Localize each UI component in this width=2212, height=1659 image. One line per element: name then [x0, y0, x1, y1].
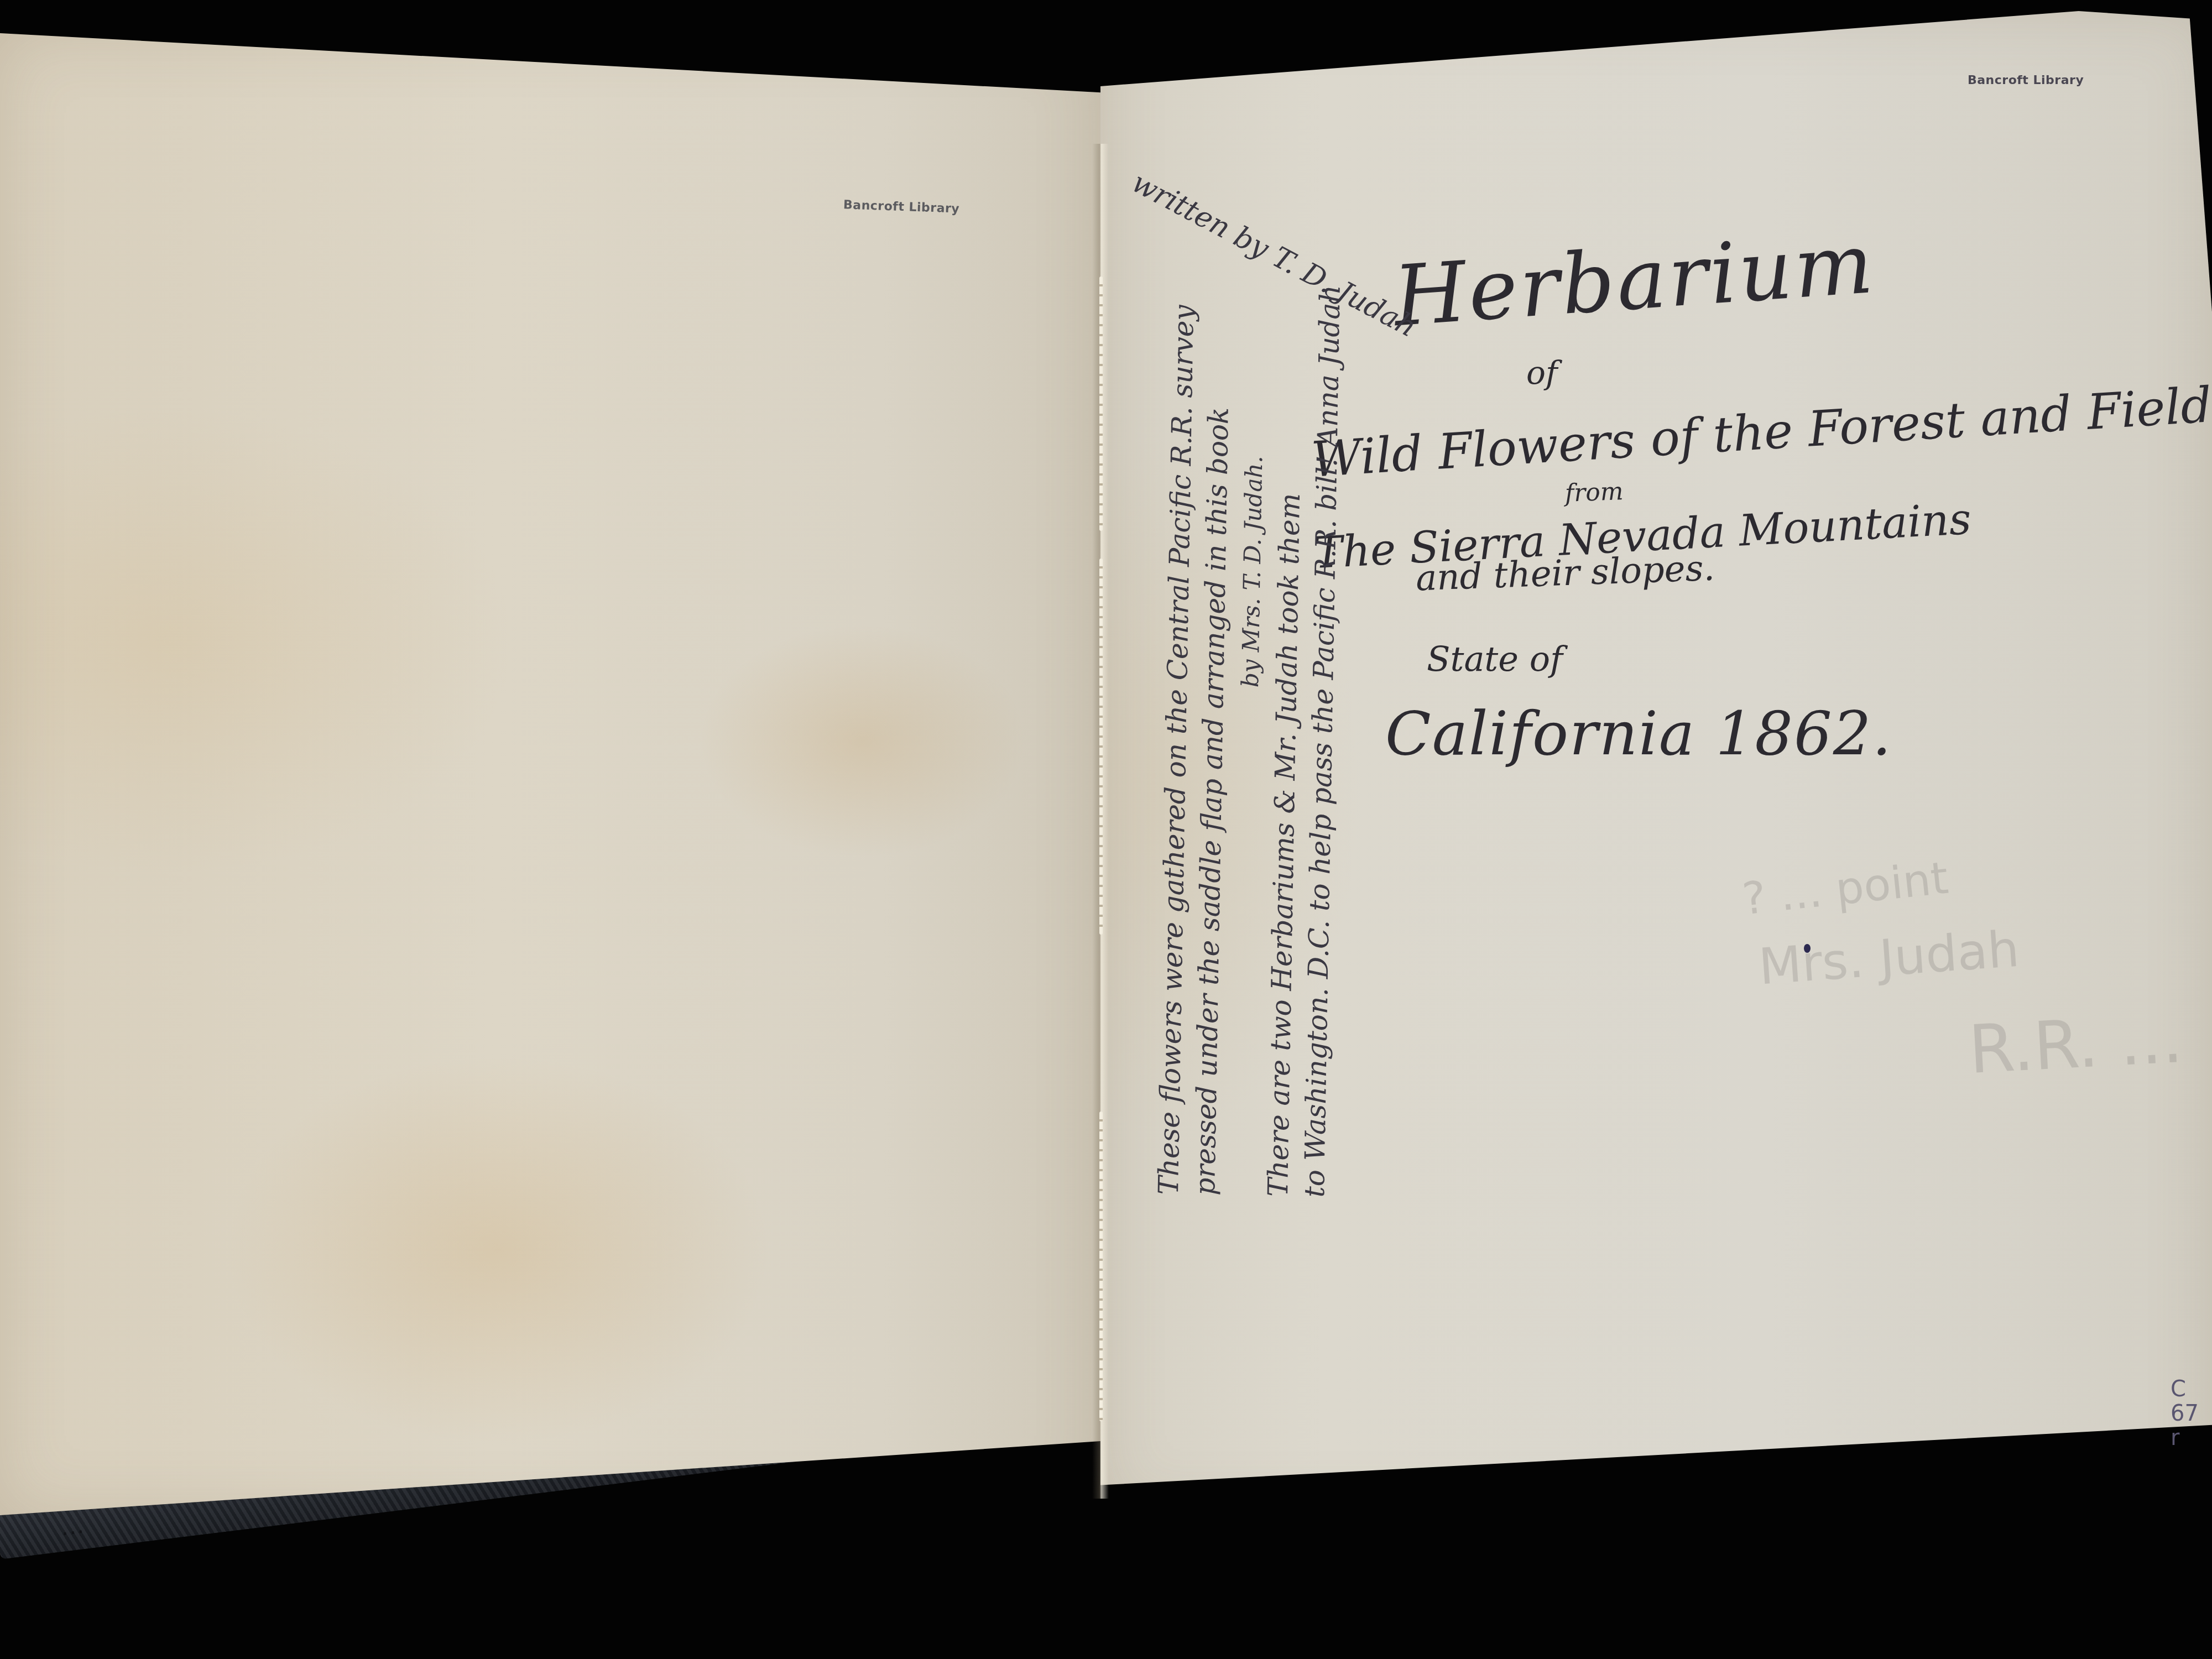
- call-number-line: r: [2171, 1426, 2209, 1450]
- marginal-note: These flowers were gathered on the Centr…: [1150, 282, 1349, 1198]
- left-page: [0, 33, 1100, 1515]
- ink-dot: [1804, 944, 1811, 953]
- title-of: of: [1526, 354, 1557, 392]
- binding-stitch: [1099, 276, 1103, 531]
- library-stamp-right: Bancroft Library: [1968, 74, 2084, 87]
- title-from: from: [1564, 477, 1624, 508]
- call-number-line: C: [2171, 1377, 2209, 1401]
- binding-stitch: [1099, 559, 1103, 935]
- title-state-of: State of: [1427, 639, 1563, 679]
- cover-spine-label: ...: [59, 1511, 86, 1542]
- pencil-mark: R.R. ...: [1967, 1001, 2185, 1089]
- call-number-line: 67: [2171, 1401, 2209, 1426]
- book-photo: ... Bancroft Library Bancroft Library He…: [0, 0, 2212, 1659]
- title-place-year: California 1862.: [1385, 700, 1892, 769]
- call-number: C 67 r: [2171, 1377, 2209, 1450]
- binding-stitch: [1099, 1112, 1103, 1421]
